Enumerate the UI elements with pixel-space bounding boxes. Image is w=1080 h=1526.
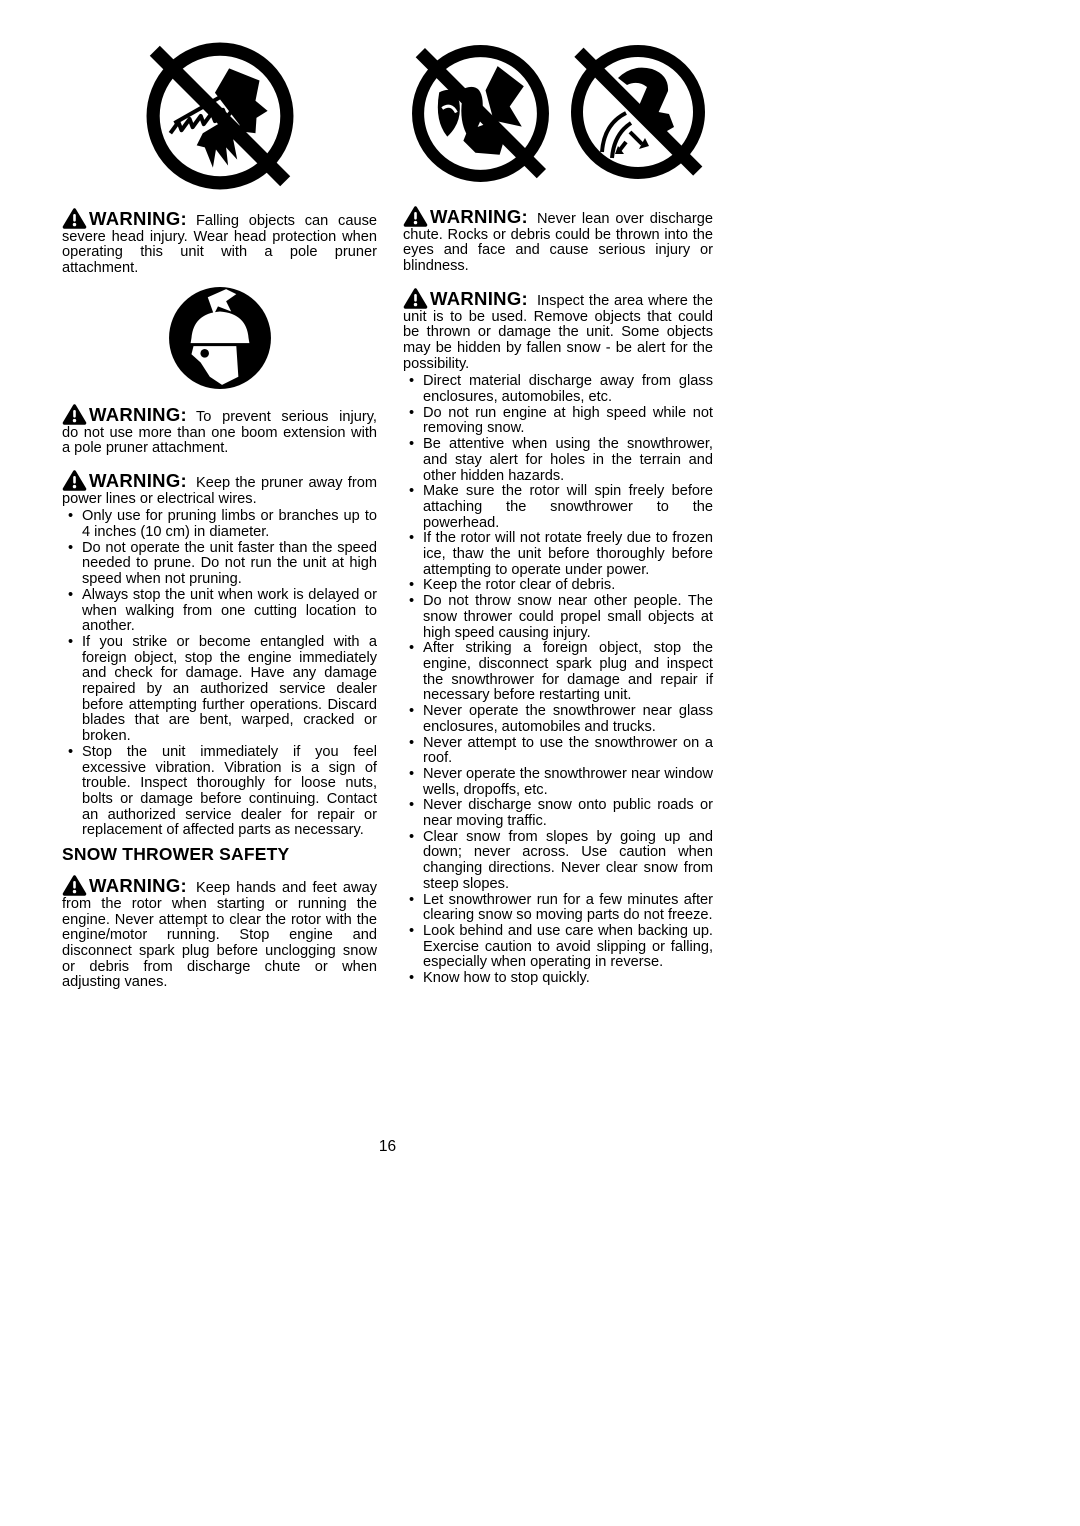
pruner-safety-bullet-list: Only use for pruning limbs or branches u…: [62, 509, 377, 839]
list-item: Do not run engine at high speed while no…: [423, 406, 713, 437]
warning-paragraph: WARNING:Inspect the area where the unit …: [403, 287, 713, 373]
list-item: Never attempt to use the snowthrower on …: [423, 736, 713, 767]
warning-label: WARNING:: [430, 288, 528, 309]
warning-triangle-icon: [62, 207, 87, 229]
warning-triangle-icon: [62, 469, 87, 491]
list-item: Do not throw snow near other people. The…: [423, 594, 713, 641]
warning-text: Keep hands and feet away from the rotor …: [62, 880, 377, 990]
page-content: WARNING:Falling objects can cause severe…: [62, 40, 713, 991]
list-item: Look behind and use care when backing up…: [423, 924, 713, 971]
list-item: Never operate the snowthrower near windo…: [423, 767, 713, 798]
warning-triangle-icon: [403, 287, 428, 309]
list-item: If you strike or become entangled with a…: [82, 635, 377, 745]
warning-label: WARNING:: [89, 208, 187, 229]
warning-triangle-icon: [62, 874, 87, 896]
warning-label: WARNING:: [89, 875, 187, 896]
wear-head-protection-icon: [167, 285, 273, 391]
list-item: Keep the rotor clear of debris.: [423, 578, 713, 594]
warning-paragraph: WARNING:Never lean over discharge chute.…: [403, 205, 713, 275]
left-column: WARNING:Falling objects can cause severe…: [62, 40, 377, 991]
snow-thrower-bullet-list: Direct material discharge away from glas…: [403, 374, 713, 986]
page-number: 16: [62, 1138, 713, 1156]
list-item: Let snowthrower run for a few minutes af…: [423, 893, 713, 924]
list-item: After striking a foreign object, stop th…: [423, 641, 713, 704]
warning-label: WARNING:: [430, 206, 528, 227]
list-item: Direct material discharge away from glas…: [423, 374, 713, 405]
warning-icon-row: [403, 42, 713, 185]
list-item: Be attentive when using the snowthrower,…: [423, 437, 713, 484]
list-item: If the rotor will not rotate freely due …: [423, 531, 713, 578]
right-column: WARNING:Never lean over discharge chute.…: [403, 40, 713, 991]
warning-paragraph: WARNING:Keep hands and feet away from th…: [62, 874, 377, 991]
list-item: Do not operate the unit faster than the …: [82, 541, 377, 588]
list-item: Never discharge snow onto public roads o…: [423, 798, 713, 829]
warning-paragraph: WARNING:Keep the pruner away from power …: [62, 469, 377, 507]
section-heading-snow-thrower-safety: SNOW THROWER SAFETY: [62, 844, 377, 865]
list-item: Clear snow from slopes by going up and d…: [423, 830, 713, 893]
no-hands-near-rotor-icon: [409, 42, 552, 185]
list-item: Never operate the snowthrower near glass…: [423, 704, 713, 735]
list-item: Only use for pruning limbs or branches u…: [82, 509, 377, 540]
manual-page: { "page": { "number": "16", "background_…: [0, 0, 1080, 1526]
warning-triangle-icon: [62, 403, 87, 425]
list-item: Make sure the rotor will spin freely bef…: [423, 484, 713, 531]
list-item: Stop the unit immediately if you feel ex…: [82, 745, 377, 839]
no-contact-saw-chain-hand-icon: [144, 40, 296, 192]
warning-label: WARNING:: [89, 404, 187, 425]
warning-triangle-icon: [403, 205, 428, 227]
warning-paragraph: WARNING:Falling objects can cause severe…: [62, 207, 377, 277]
list-item: Always stop the unit when work is delaye…: [82, 588, 377, 635]
warning-label: WARNING:: [89, 470, 187, 491]
list-item: Know how to stop quickly.: [423, 971, 713, 987]
no-lean-over-discharge-chute-icon: [568, 42, 708, 182]
warning-paragraph: WARNING:To prevent serious injury, do no…: [62, 403, 377, 457]
